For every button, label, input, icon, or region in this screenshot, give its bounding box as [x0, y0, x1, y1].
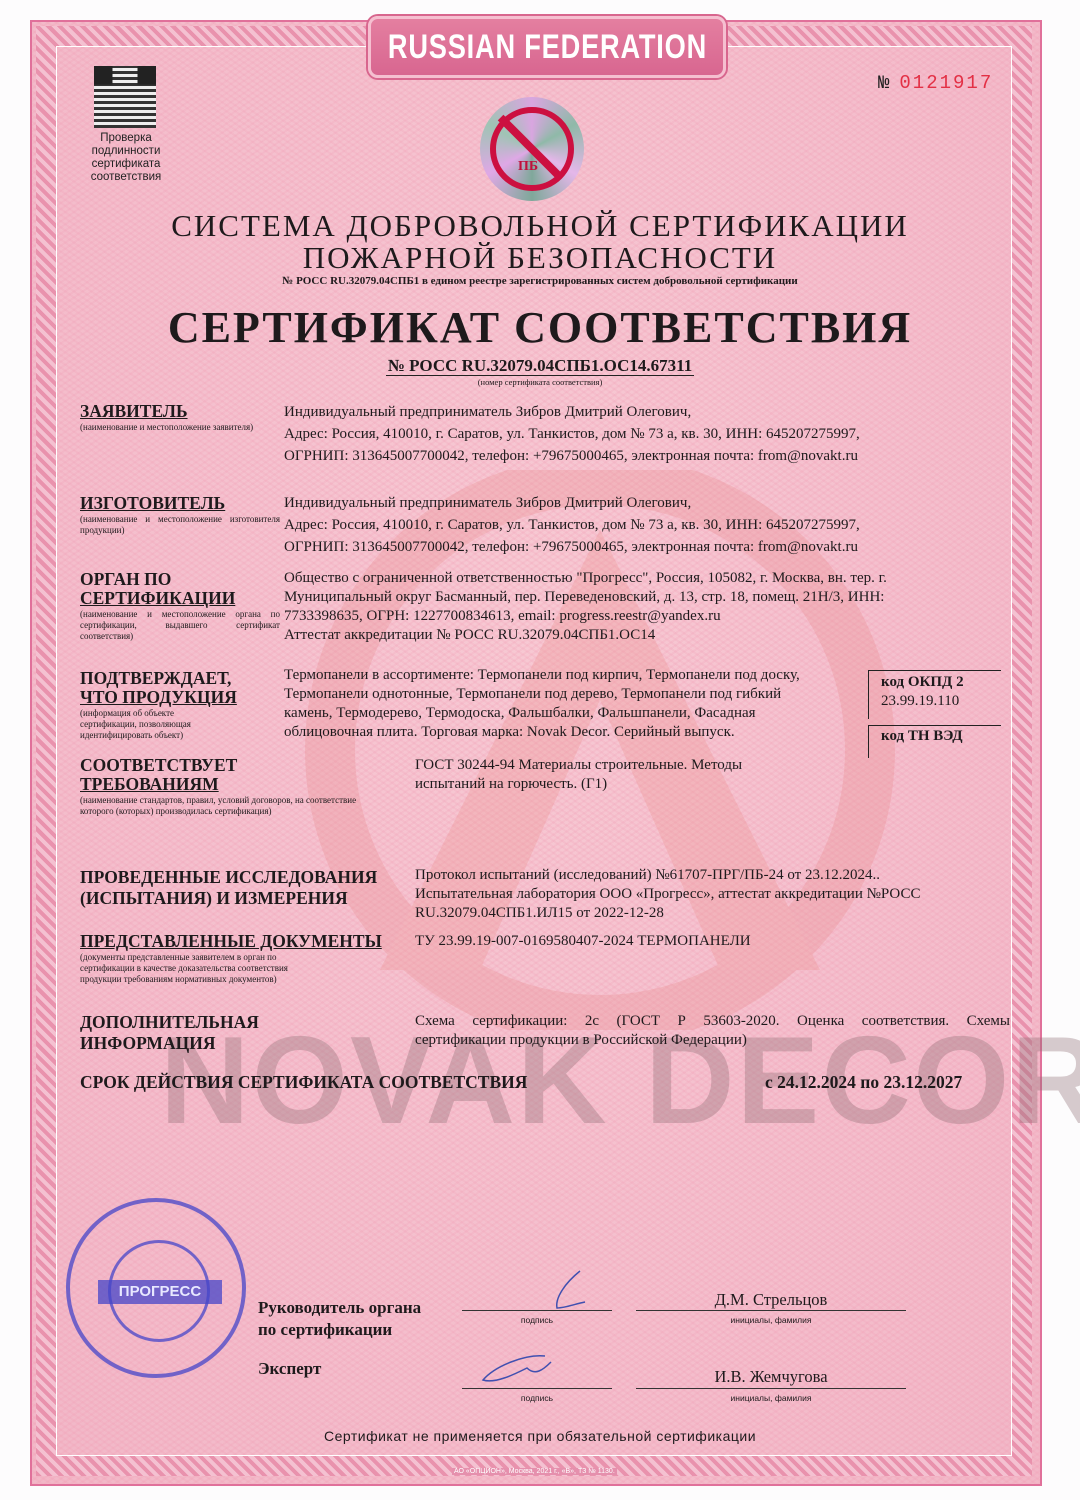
head-signatory-title: Руководитель органа по сертификации [258, 1297, 421, 1341]
applicant-line: Индивидуальный предприниматель Зибров Дм… [284, 403, 860, 422]
certificate-number-value: № РОСС RU.32079.04СПБ1.ОС14.67311 [386, 356, 694, 376]
tests-value: Протокол испытаний (исследований) №61707… [415, 866, 920, 923]
manufacturer-caption: (наименование и местоположение изготовит… [80, 514, 280, 536]
tnved-code-box: код ТН ВЭД [868, 725, 1001, 758]
tests-label: ПРОВЕДЕННЫЕ ИССЛЕДОВАНИЯ (ИСПЫТАНИЯ) И И… [80, 867, 377, 909]
expert-name: И.В. Жемчугова [636, 1367, 906, 1387]
validity-value: с 24.12.2024 по 23.12.2027 [765, 1072, 962, 1093]
cert-body-heading-line2: СЕРТИФИКАЦИИ [80, 588, 235, 608]
applicant-line: ОГРНИП: 313645007700042, телефон: +79675… [284, 447, 860, 466]
documents-heading: ПРЕДСТАВЛЕННЫЕ ДОКУМЕНТЫ [80, 931, 382, 951]
applicant-heading: ЗАЯВИТЕЛЬ [80, 401, 188, 421]
manufacturer-label: ИЗГОТОВИТЕЛЬ (наименование и местоположе… [80, 494, 280, 536]
okpd-label: код ОКПД 2 [881, 673, 1001, 692]
cert-body-label: ОРГАН ПО СЕРТИФИКАЦИИ (наименование и ме… [80, 570, 280, 642]
tests-line: Испытательная лаборатория ООО «Прогресс»… [415, 885, 920, 904]
product-heading-line2: ЧТО ПРОДУКЦИЯ [80, 687, 237, 707]
head-signature-line [462, 1310, 612, 1311]
cert-body-value: Общество с ограниченной ответственностью… [284, 569, 887, 645]
head-name-line [636, 1310, 906, 1311]
product-line: камень, Термодерево, Термодоска, Фальшба… [284, 704, 864, 723]
expert-signature-caption: подпись [462, 1393, 612, 1403]
footer-note: Сертификат не применяется при обязательн… [0, 1428, 1080, 1444]
serial-value: 0121917 [899, 72, 993, 94]
certificate-sheet: NOVAK DECOR RUSSIAN FEDERATION №0121917 … [0, 0, 1080, 1500]
okpd-value: 23.99.19.110 [881, 692, 1001, 711]
manufacturer-line: ОГРНИП: 313645007700042, телефон: +79675… [284, 538, 860, 557]
system-title-line1: СИСТЕМА ДОБРОВОЛЬНОЙ СЕРТИФИКАЦИИ [0, 208, 1080, 244]
fire-safety-hologram-icon: ПБ [480, 97, 584, 201]
applicant-caption: (наименование и местоположение заявителя… [80, 422, 280, 433]
head-signature-icon [545, 1268, 590, 1313]
cert-body-line: Аттестат аккредитации № РОСС RU.32079.04… [284, 626, 887, 645]
hologram-label: ПБ [518, 159, 538, 175]
head-name: Д.М. Стрельцов [636, 1290, 906, 1310]
documents-caption: (документы представленные заявителем в о… [80, 952, 330, 985]
head-title-line2: по сертификации [258, 1319, 421, 1341]
expert-signature-icon [475, 1350, 555, 1390]
tests-heading-line1: ПРОВЕДЕННЫЕ ИССЛЕДОВАНИЯ [80, 867, 377, 888]
manufacturer-value: Индивидуальный предприниматель Зибров Дм… [284, 494, 860, 557]
additional-value: Схема сертификации: 2с (ГОСТ Р 53603-202… [415, 1012, 1010, 1050]
tnved-label: код ТН ВЭД [881, 728, 1001, 745]
product-line: Термопанели в ассортименте: Термопанели … [284, 666, 864, 685]
additional-line: Схема сертификации: 2с (ГОСТ Р 53603-202… [415, 1012, 1010, 1031]
requirements-caption: (наименование стандартов, правил, услови… [80, 795, 390, 817]
okpd-code-box: код ОКПД 2 23.99.19.110 [868, 670, 1001, 719]
manufacturer-line: Индивидуальный предприниматель Зибров Дм… [284, 494, 860, 513]
requirements-label: СООТВЕТСТВУЕТ ТРЕБОВАНИЯМ (наименование … [80, 756, 400, 817]
tests-heading-line2: (ИСПЫТАНИЯ) И ИЗМЕРЕНИЯ [80, 888, 377, 909]
additional-line: сертификации продукции в Российской Феде… [415, 1031, 1010, 1050]
product-label: ПОДТВЕРЖДАЕТ, ЧТО ПРОДУКЦИЯ (информация … [80, 669, 280, 741]
requirements-value: ГОСТ 30244-94 Материалы строительные. Ме… [415, 756, 742, 794]
product-caption: (информация об объекте сертификации, поз… [80, 708, 230, 741]
document-title: СЕРТИФИКАТ СООТВЕТСТВИЯ [0, 302, 1080, 353]
cert-body-line: Муниципальный округ Басманный, пер. Пере… [284, 588, 887, 607]
expert-name-line [636, 1388, 906, 1389]
additional-heading-line1: ДОПОЛНИТЕЛЬНАЯ [80, 1012, 259, 1033]
stamp-label: ПРОГРЕСС [98, 1280, 222, 1304]
validity-label: СРОК ДЕЙСТВИЯ СЕРТИФИКАТА СООТВЕТСТВИЯ [80, 1072, 527, 1093]
cert-body-caption: (наименование и местоположение органа по… [80, 609, 280, 642]
head-name-caption: инициалы, фамилия [636, 1315, 906, 1325]
cert-body-line: Общество с ограниченной ответственностью… [284, 569, 887, 588]
applicant-line: Адрес: Россия, 410010, г. Саратов, ул. Т… [284, 425, 860, 444]
certificate-number-caption: (номер сертификата соответствия) [0, 377, 1080, 387]
registry-note: № РОСС RU.32079.04СПБ1 в едином реестре … [0, 275, 1080, 287]
serial-number: №0121917 [878, 72, 993, 94]
product-heading-line1: ПОДТВЕРЖДАЕТ, [80, 669, 280, 688]
banner-text: RUSSIAN FEDERATION [387, 28, 706, 67]
cert-body-heading-line1: ОРГАН ПО [80, 570, 280, 589]
tests-line: Протокол испытаний (исследований) №61707… [415, 866, 920, 885]
requirements-line: ГОСТ 30244-94 Материалы строительные. Ме… [415, 756, 742, 775]
expert-title: Эксперт [258, 1358, 321, 1380]
cert-body-line: 7733398635, ОГРН: 1227700834613, email: … [284, 607, 887, 626]
system-title-line2: ПОЖАРНОЙ БЕЗОПАСНОСТИ [0, 240, 1080, 276]
head-signature-caption: подпись [462, 1315, 612, 1325]
certificate-number: № РОСС RU.32079.04СПБ1.ОС14.67311 [0, 356, 1080, 376]
tests-line: RU.32079.04СПБ1.ИЛ15 от 2022-12-28 [415, 904, 920, 923]
requirements-heading-line2: ТРЕБОВАНИЯМ [80, 774, 219, 794]
qr-caption: Проверка подлинности сертификата соответ… [80, 132, 172, 184]
manufacturer-heading: ИЗГОТОВИТЕЛЬ [80, 493, 225, 513]
product-line: облицовочная плита. Торговая марка: Nova… [284, 723, 864, 742]
requirements-heading-line1: СООТВЕТСТВУЕТ [80, 756, 400, 775]
documents-value: ТУ 23.99.19-007-0169580407-2024 ТЕРМОПАН… [415, 932, 751, 951]
applicant-value: Индивидуальный предприниматель Зибров Дм… [284, 403, 860, 466]
applicant-label: ЗАЯВИТЕЛЬ (наименование и местоположение… [80, 402, 280, 433]
product-line: Термопанели однотонные, Термопанели под … [284, 685, 864, 704]
qr-code-icon[interactable] [94, 66, 156, 128]
manufacturer-line: Адрес: Россия, 410010, г. Саратов, ул. Т… [284, 516, 860, 535]
expert-name-caption: инициалы, фамилия [636, 1393, 906, 1403]
additional-label: ДОПОЛНИТЕЛЬНАЯ ИНФОРМАЦИЯ [80, 1012, 259, 1054]
product-value: Термопанели в ассортименте: Термопанели … [284, 666, 864, 742]
documents-label: ПРЕДСТАВЛЕННЫЕ ДОКУМЕНТЫ (документы пред… [80, 932, 410, 985]
expert-signature-line [462, 1388, 612, 1389]
serial-prefix: № [878, 72, 889, 94]
country-banner: RUSSIAN FEDERATION [368, 16, 726, 78]
organization-stamp-icon: ПРОГРЕСС [66, 1198, 246, 1378]
head-title-line1: Руководитель органа [258, 1297, 421, 1319]
printer-imprint: АО «ОПЦИОН», Москва, 2021 г., «В», ТЗ № … [452, 1468, 617, 1475]
requirements-line: испытаний на горючесть. (Г1) [415, 775, 742, 794]
additional-heading-line2: ИНФОРМАЦИЯ [80, 1033, 259, 1054]
